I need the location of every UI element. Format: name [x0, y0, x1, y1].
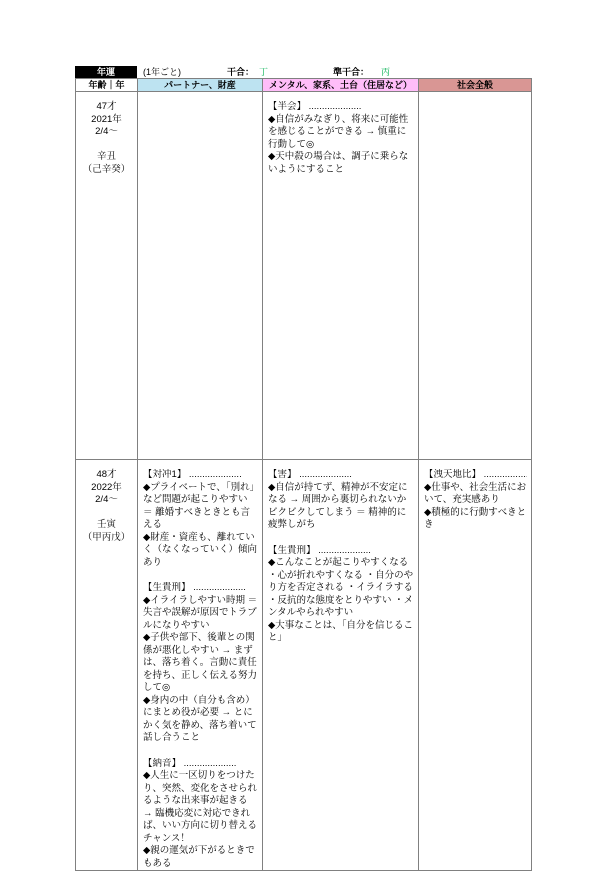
- junkango-label: 準干合：: [333, 66, 369, 78]
- mental-cell: 【半会】 ....................◆自信がみなぎり、将来に可能性…: [263, 92, 419, 460]
- fortune-block: 【洩天地比】 ....................◆仕事や、社会生活において…: [424, 469, 527, 532]
- block-item: ◆身内の中（自分も含め）にまとめ役が必要 → とにかく気を静め、落ち着いて話し合…: [143, 695, 258, 745]
- year-label: 2021年: [76, 114, 137, 127]
- partner-cell: 【対冲1】 ....................◆プライベートで、「別れ」な…: [138, 460, 263, 871]
- fortune-block: 【半会】 ....................◆自信がみなぎり、将来に可能性…: [268, 101, 414, 176]
- eto-label: 壬寅: [76, 519, 137, 532]
- year-fortune-band: 年運 (1年ごと) 干合： 丁 準干合： 丙: [75, 66, 531, 78]
- age-label: 48才: [76, 469, 137, 482]
- junkango-value: 丙: [381, 66, 390, 78]
- date-from-label: 2/4～: [76, 494, 137, 507]
- column-header-partner-assets: パートナー、財産: [138, 79, 263, 92]
- table-header-row: 年齢｜年 パートナー、財産 メンタル、家系、土台（住居など） 社会全般: [76, 79, 532, 92]
- block-heading: 【生貴刑】 ....................: [268, 545, 414, 558]
- column-header-mental-family: メンタル、家系、土台（住居など）: [263, 79, 419, 92]
- kango-value: 丁: [259, 66, 268, 78]
- table-row: 47才 2021年 2/4～ 辛丑 （己辛癸） 【半会】 ...........…: [76, 92, 532, 460]
- block-item: ◆大事なことは、「自分を信じること」: [268, 620, 414, 645]
- row-identity-cell: 47才 2021年 2/4～ 辛丑 （己辛癸）: [76, 92, 138, 460]
- block-heading: 【半会】 ....................: [268, 101, 414, 114]
- band-subtitle: (1年ごと): [143, 66, 181, 78]
- age-label: 47才: [76, 101, 137, 114]
- fortune-table: 年齢｜年 パートナー、財産 メンタル、家系、土台（住居など） 社会全般 47才 …: [75, 78, 532, 871]
- block-heading: 【害】 ....................: [268, 469, 414, 482]
- fortune-block: 【生貴刑】 ....................◆イライラしやすい時期 ＝ …: [143, 582, 258, 745]
- social-cell: 【洩天地比】 ....................◆仕事や、社会生活において…: [419, 460, 532, 871]
- fortune-block: 【納音】 ....................◆人生に一区切りをつけたり、突…: [143, 758, 258, 871]
- column-header-society: 社会全般: [419, 79, 532, 92]
- year-label: 2022年: [76, 482, 137, 495]
- social-cell: [419, 92, 532, 460]
- hidden-stems-label: （甲丙戊）: [76, 532, 137, 545]
- partner-cell: [138, 92, 263, 460]
- block-item: ◆子供や部下、後輩との関係が悪化しやすい → まずは、落ち着く。言動に責任を持ち…: [143, 632, 258, 695]
- block-item: ◆天中殺の場合は、調子に乗らないようにすること: [268, 151, 414, 176]
- block-item: ◆イライラしやすい時期 ＝ 失言や誤解が原因でトラブルになりやすい: [143, 595, 258, 633]
- block-item: ◆人生に一区切りをつけたり、突然、変化をさせられるような出来事が起きる → 臨機…: [143, 770, 258, 845]
- row-identity-cell: 48才 2022年 2/4～ 壬寅 （甲丙戊）: [76, 460, 138, 871]
- block-item: ◆仕事や、社会生活において、充実感あり: [424, 482, 527, 507]
- fortune-block: 【生貴刑】 ....................◆こんなことが起こりやすくな…: [268, 545, 414, 645]
- spacer: [76, 507, 137, 520]
- block-item: ◆こんなことが起こりやすくなる: [268, 557, 414, 570]
- fortune-sheet-page: 年運 (1年ごと) 干合： 丁 準干合： 丙 年齢｜年 パートナー、財産 メンタ…: [0, 0, 600, 849]
- block-item: ◆積極的に行動すべきとき: [424, 507, 527, 532]
- spacer: [76, 139, 137, 152]
- block-item: ◆親の運気が下がるときでもある: [143, 845, 258, 870]
- fortune-block: 【対冲1】 ....................◆プライベートで、「別れ」な…: [143, 469, 258, 569]
- block-heading: 【生貴刑】 ....................: [143, 582, 258, 595]
- kango-label: 干合：: [227, 66, 254, 78]
- mental-cell: 【害】 ....................◆自信が持てず、精神が不安定にな…: [263, 460, 419, 871]
- fortune-block: 【害】 ....................◆自信が持てず、精神が不安定にな…: [268, 469, 414, 532]
- band-title: 年運: [75, 66, 137, 78]
- column-header-age-year: 年齢｜年: [76, 79, 138, 92]
- date-from-label: 2/4～: [76, 126, 137, 139]
- eto-label: 辛丑: [76, 151, 137, 164]
- block-item: ◆プライベートで、「別れ」など問題が起こりやすい ＝ 離婚すべきときとも言える: [143, 482, 258, 532]
- table-row: 48才 2022年 2/4～ 壬寅 （甲丙戊） 【対冲1】 ..........…: [76, 460, 532, 871]
- block-heading: 【洩天地比】 ....................: [424, 469, 527, 482]
- block-item: ◆自信が持てず、精神が不安定になる → 周囲から裏切られないかビクビクしてしまう…: [268, 482, 414, 532]
- block-heading: 【対冲1】 ....................: [143, 469, 258, 482]
- block-item: ・心が折れやすくなる ・自分のやり方を否定される ・イライラする ・反抗的な態度…: [268, 570, 414, 620]
- block-item: ◆財産・資産も、離れていく（なくなっていく）傾向あり: [143, 532, 258, 570]
- hidden-stems-label: （己辛癸）: [76, 164, 137, 177]
- block-item: ◆自信がみなぎり、将来に可能性を感じることができる → 慎重に行動して◎: [268, 114, 414, 152]
- block-heading: 【納音】 ....................: [143, 758, 258, 771]
